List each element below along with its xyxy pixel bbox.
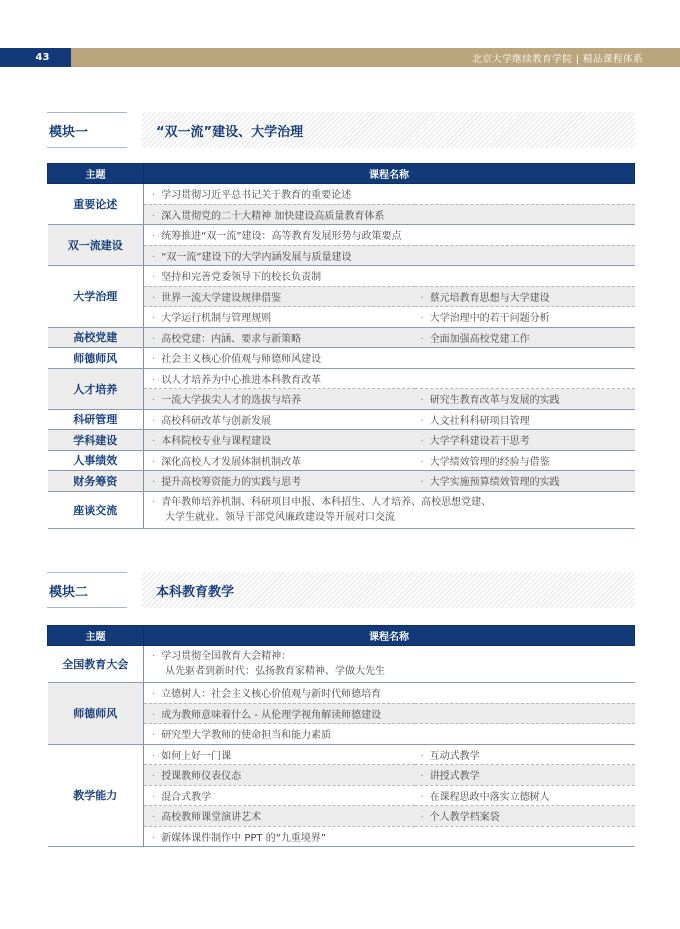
topic-cell: 财务筹资 [48, 471, 144, 492]
course-name: 从先驱者到新时代：弘扬教育家精神、学做大先生 [165, 666, 385, 677]
course-line: 从先驱者到新时代：弘扬教育家精神、学做大先生 [152, 664, 635, 679]
course-cell: ·社会主义核心价值观与师德师风建设 [144, 348, 635, 369]
course-name: 大学绩效管理的经验与借鉴 [430, 457, 550, 468]
course-cell: ·立德树人：社会主义核心价值观与新时代师德培育 [144, 683, 635, 704]
table-row: 教学能力·如何上好一门课·互动式教学 [48, 744, 635, 765]
bullet-icon: · [421, 792, 424, 803]
bullet-icon: · [421, 751, 424, 762]
bullet-icon: · [421, 771, 424, 782]
course-name: 深化高校人才发展体制机制改革 [161, 457, 301, 468]
course-cell: ·授课教师仪表仪态 [144, 765, 415, 786]
bullet-icon: · [152, 436, 155, 447]
topic-column-header: 主题 [48, 164, 144, 184]
bullet-icon: · [421, 812, 424, 823]
course-name: 社会主义核心价值观与师德师风建设 [161, 354, 321, 365]
course-name: 如何上好一门课 [161, 751, 231, 762]
table-row: 财务筹资·提升高校筹资能力的实践与思考·大学实施预算绩效管理的实践 [48, 471, 635, 492]
bullet-icon: · [421, 436, 424, 447]
course-cell: ·学习贯彻习近平总书记关于教育的重要论述 [144, 184, 635, 205]
topic-cell: 科研管理 [48, 409, 144, 430]
bullet-icon: · [152, 792, 155, 803]
course-name: 提升高校筹资能力的实践与思考 [161, 477, 301, 488]
course-cell: ·研究生教育改革与发展的实践 [415, 389, 635, 410]
course-cell: ·“双一流”建设下的大学内涵发展与质量建设 [144, 245, 635, 266]
topic-cell: 学科建设 [48, 430, 144, 451]
topic-cell: 重要论述 [48, 184, 144, 225]
course-name: 学习贯彻全国教育大会精神： [161, 651, 291, 662]
bullet-icon: · [152, 334, 155, 345]
course-cell: ·蔡元培教育思想与大学建设 [415, 286, 635, 307]
module1-title-box: “双一流”建设、大学治理 [142, 112, 635, 148]
course-cell: ·高校党建：内涵、要求与新策略 [144, 327, 415, 348]
bullet-icon: · [152, 252, 155, 263]
table-row: 学科建设·本科院校专业与课程建设·大学学科建设若干思考 [48, 430, 635, 451]
bullet-icon: · [421, 416, 424, 427]
topic-cell: 人才培养 [48, 368, 144, 409]
course-cell: ·一流大学拔尖人才的选拔与培养 [144, 389, 415, 410]
module1-course-table: 主题 课程名称 重要论述·学习贯彻习近平总书记关于教育的重要论述·深入贯彻党的二… [47, 163, 635, 529]
module1-label: 模块一 [47, 121, 88, 140]
course-cell: ·新媒体课件制作中 PPT 的“九重境界” [144, 826, 635, 847]
module1-table-body: 重要论述·学习贯彻习近平总书记关于教育的重要论述·深入贯彻党的二十大精神 加快建… [48, 184, 635, 529]
course-column-header: 课程名称 [144, 626, 635, 646]
module2-title: 本科教育教学 [156, 581, 234, 600]
course-name: 混合式教学 [161, 792, 211, 803]
course-name: 青年教师培养机制、科研项目申报、本科招生、人才培养、高校思想党建、 [161, 497, 491, 508]
course-name: 一流大学拔尖人才的选拔与培养 [161, 395, 301, 406]
bullet-icon: · [152, 833, 155, 844]
bullet-icon: · [152, 190, 155, 201]
bullet-icon: · [152, 313, 155, 324]
module2-table-body: 全国教育大会·学习贯彻全国教育大会精神：从先驱者到新时代：弘扬教育家精神、学做大… [48, 646, 635, 847]
table-row: 座谈交流·青年教师培养机制、科研项目申报、本科招生、人才培养、高校思想党建、大学… [48, 491, 635, 528]
course-cell: ·个人教学档案袋 [415, 806, 635, 827]
course-cell: ·统筹推进“双一流”建设：高等教育发展形势与政策要点 [144, 225, 635, 246]
course-name: 蔡元培教育思想与大学建设 [430, 293, 550, 304]
course-name: 授课教师仪表仪态 [161, 771, 241, 782]
course-name: 学习贯彻习近平总书记关于教育的重要论述 [161, 190, 351, 201]
bullet-icon: · [152, 751, 155, 762]
bullet-icon: · [421, 334, 424, 345]
topic-cell: 高校党建 [48, 327, 144, 348]
module2-label-box: 模块二 [47, 572, 127, 608]
course-cell: ·大学实施预算绩效管理的实践 [415, 471, 635, 492]
course-cell: ·大学学科建设若干思考 [415, 430, 635, 451]
table-row: 人事绩效·深化高校人才发展体制机制改革·大学绩效管理的经验与借鉴 [48, 450, 635, 471]
course-name: 讲授式教学 [430, 771, 480, 782]
bullet-icon: · [152, 497, 155, 508]
bullet-icon: · [152, 730, 155, 741]
course-cell: ·以人才培养为中心推进本科教育改革 [144, 368, 635, 389]
course-name: 统筹推进“双一流”建设：高等教育发展形势与政策要点 [161, 231, 401, 242]
course-cell: ·深化高校人才发展体制机制改革 [144, 450, 415, 471]
course-name: 互动式教学 [430, 751, 480, 762]
table-row: 科研管理·高校科研改革与创新发展·人文社科科研项目管理 [48, 409, 635, 430]
course-name: 坚持和完善党委领导下的校长负责制 [161, 272, 321, 283]
course-name: 立德树人：社会主义核心价值观与新时代师德培育 [161, 689, 381, 700]
table-row: 全国教育大会·学习贯彻全国教育大会精神：从先驱者到新时代：弘扬教育家精神、学做大… [48, 646, 635, 683]
module2-course-table: 主题 课程名称 全国教育大会·学习贯彻全国教育大会精神：从先驱者到新时代：弘扬教… [47, 625, 635, 847]
course-name: 高校党建：内涵、要求与新策略 [161, 334, 301, 345]
course-cell: ·大学运行机制与管理规则 [144, 307, 415, 328]
course-name: “双一流”建设下的大学内涵发展与质量建设 [161, 252, 351, 263]
course-name: 人文社科科研项目管理 [430, 416, 530, 427]
course-cell: ·深入贯彻党的二十大精神 加快建设高质量教育体系 [144, 204, 635, 225]
course-name: 大学实施预算绩效管理的实践 [430, 477, 560, 488]
bullet-icon: · [152, 375, 155, 386]
course-column-header: 课程名称 [144, 164, 635, 184]
course-cell: ·本科院校专业与课程建设 [144, 430, 415, 451]
bullet-icon: · [152, 710, 155, 721]
course-cell: ·混合式教学 [144, 785, 415, 806]
bullet-icon: · [152, 231, 155, 242]
course-cell: ·坚持和完善党委领导下的校长负责制 [144, 266, 635, 287]
topic-cell: 师德师风 [48, 683, 144, 745]
course-cell: ·大学绩效管理的经验与借鉴 [415, 450, 635, 471]
course-name: 全面加强高校党建工作 [430, 334, 530, 345]
course-cell: ·青年教师培养机制、科研项目申报、本科招生、人才培养、高校思想党建、大学生就业、… [144, 491, 635, 528]
module1-heading: 模块一 “双一流”建设、大学治理 [47, 112, 635, 148]
course-cell: ·如何上好一门课 [144, 744, 415, 765]
bullet-icon: · [152, 293, 155, 304]
running-header: 43 北京大学继续教育学院 | 精品课程体系 [0, 48, 680, 67]
bullet-icon: · [152, 354, 155, 365]
course-name: 成为教师意味着什么 - 从伦理学视角解读师德建设 [161, 710, 381, 721]
bullet-icon: · [152, 812, 155, 823]
bullet-icon: · [152, 457, 155, 468]
table-row: 高校党建·高校党建：内涵、要求与新策略·全面加强高校党建工作 [48, 327, 635, 348]
module1-label-box: 模块一 [47, 112, 127, 148]
bullet-icon: · [421, 293, 424, 304]
topic-cell: 双一流建设 [48, 225, 144, 266]
course-name: 世界一流大学建设规律借鉴 [161, 293, 281, 304]
bullet-icon: · [152, 272, 155, 283]
course-cell: ·提升高校筹资能力的实践与思考 [144, 471, 415, 492]
course-cell: ·人文社科科研项目管理 [415, 409, 635, 430]
bullet-icon: · [152, 771, 155, 782]
bullet-icon: · [421, 395, 424, 406]
bullet-icon: · [152, 651, 155, 662]
course-name: 大学生就业、领导干部党风廉政建设等开展对口交流 [165, 512, 395, 523]
table-row: 师德师风·立德树人：社会主义核心价值观与新时代师德培育 [48, 683, 635, 704]
course-name: 以人才培养为中心推进本科教育改革 [161, 375, 321, 386]
table-header-row: 主题 课程名称 [48, 626, 635, 646]
course-cell: ·在课程思政中落实立德树人 [415, 785, 635, 806]
topic-cell: 全国教育大会 [48, 646, 144, 683]
course-name: 大学运行机制与管理规则 [161, 313, 271, 324]
table-header-row: 主题 课程名称 [48, 164, 635, 184]
bullet-icon: · [152, 416, 155, 427]
course-line: ·青年教师培养机制、科研项目申报、本科招生、人才培养、高校思想党建、 [152, 495, 635, 510]
course-name: 大学学科建设若干思考 [430, 436, 530, 447]
table-row: 双一流建设·统筹推进“双一流”建设：高等教育发展形势与政策要点 [48, 225, 635, 246]
bullet-icon: · [152, 689, 155, 700]
course-cell: ·讲授式教学 [415, 765, 635, 786]
course-cell: ·高校科研改革与创新发展 [144, 409, 415, 430]
bullet-icon: · [421, 477, 424, 488]
topic-cell: 大学治理 [48, 266, 144, 328]
topic-column-header: 主题 [48, 626, 144, 646]
course-name: 本科院校专业与课程建设 [161, 436, 271, 447]
table-row: 师德师风·社会主义核心价值观与师德师风建设 [48, 348, 635, 369]
topic-cell: 座谈交流 [48, 491, 144, 528]
course-name: 深入贯彻党的二十大精神 加快建设高质量教育体系 [161, 211, 384, 222]
course-cell: ·世界一流大学建设规律借鉴 [144, 286, 415, 307]
page-number: 43 [0, 48, 71, 67]
course-cell: ·互动式教学 [415, 744, 635, 765]
bullet-icon: · [152, 395, 155, 406]
bullet-icon: · [421, 313, 424, 324]
course-name: 新媒体课件制作中 PPT 的“九重境界” [161, 833, 326, 844]
course-line: 大学生就业、领导干部党风廉政建设等开展对口交流 [152, 510, 635, 525]
table-row: 重要论述·学习贯彻习近平总书记关于教育的重要论述 [48, 184, 635, 205]
topic-cell: 人事绩效 [48, 450, 144, 471]
course-cell: ·高校教师课堂演讲艺术 [144, 806, 415, 827]
course-name: 高校教师课堂演讲艺术 [161, 812, 261, 823]
bullet-icon: · [152, 477, 155, 488]
course-line: ·学习贯彻全国教育大会精神： [152, 649, 635, 664]
course-cell: ·研究型大学教师的使命担当和能力素质 [144, 724, 635, 745]
course-cell: ·大学治理中的若干问题分析 [415, 307, 635, 328]
course-cell: ·成为教师意味着什么 - 从伦理学视角解读师德建设 [144, 703, 635, 724]
course-cell: ·学习贯彻全国教育大会精神：从先驱者到新时代：弘扬教育家精神、学做大先生 [144, 646, 635, 683]
module2-label: 模块二 [47, 581, 88, 600]
bullet-icon: · [421, 457, 424, 468]
course-name: 高校科研改革与创新发展 [161, 416, 271, 427]
course-name: 研究生教育改革与发展的实践 [430, 395, 560, 406]
table-row: 大学治理·坚持和完善党委领导下的校长负责制 [48, 266, 635, 287]
module1-title: “双一流”建设、大学治理 [156, 121, 303, 140]
course-cell: ·全面加强高校党建工作 [415, 327, 635, 348]
running-title: 北京大学继续教育学院 | 精品课程体系 [71, 48, 680, 67]
module2-heading: 模块二 本科教育教学 [47, 572, 635, 608]
course-name: 在课程思政中落实立德树人 [430, 792, 550, 803]
course-name: 大学治理中的若干问题分析 [430, 313, 550, 324]
topic-cell: 教学能力 [48, 744, 144, 847]
table-row: 人才培养·以人才培养为中心推进本科教育改革 [48, 368, 635, 389]
topic-cell: 师德师风 [48, 348, 144, 369]
module2-title-box: 本科教育教学 [142, 572, 635, 608]
course-name: 个人教学档案袋 [430, 812, 500, 823]
course-name: 研究型大学教师的使命担当和能力素质 [161, 730, 331, 741]
bullet-icon: · [152, 211, 155, 222]
